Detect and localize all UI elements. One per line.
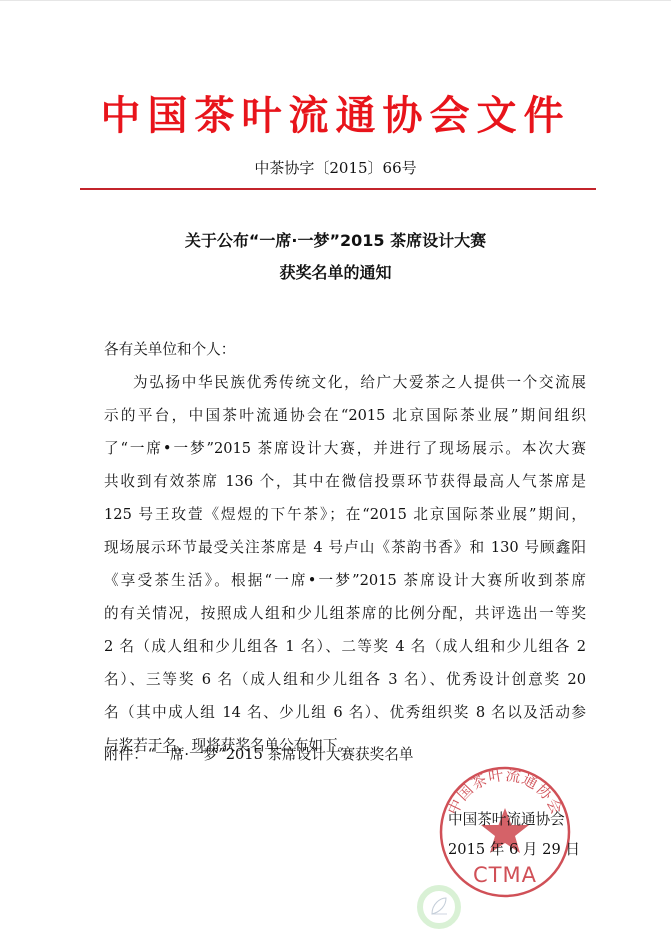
body-paragraph-line: 2 名（成人组和少儿组各 1 名）、二等奖 4 名（成人组和少儿组各 2 (104, 630, 586, 663)
document-number: 中茶协字〔2015〕66号 (0, 158, 671, 178)
body-paragraph-line: 名）、三等奖 6 名（成人组和少儿组各 3 名）、优秀设计创意奖 20 (104, 663, 586, 696)
body-paragraph-line: 共收到有效茶席 136 个，其中在微信投票环节获得最高人气茶席是 (104, 465, 586, 498)
attachment-note: 附件：“一席·一梦”2015 茶席设计大赛获奖名单 (104, 744, 413, 766)
body-paragraph-line: 125 号王玫萱《煜煜的下午茶》；在“2015 北京国际茶业展”期间， (104, 498, 586, 531)
signature-organization: 中国茶叶流通协会 (448, 809, 565, 831)
subject-title-line-2: 获奖名单的通知 (0, 262, 671, 284)
document-body: 各有关单位和个人： 为弘扬中华民族优秀传统文化，给广大爱茶之人提供一个交流展 示… (104, 333, 586, 762)
body-paragraph-line: 的有关情况，按照成人组和少儿组茶席的比例分配，共评选出一等奖 (104, 597, 586, 630)
signature-date: 2015 年 6 月 29 日 (448, 839, 580, 861)
official-seal-icon: 中国茶叶流通协会 CTMA (437, 764, 573, 900)
document-header-title: 中国茶叶流通协会文件 (0, 92, 671, 140)
subject-title-line-1: 关于公布“一席·一梦”2015 茶席设计大赛 (0, 230, 671, 252)
body-paragraph-line: 示的平台，中国茶叶流通协会在“2015 北京国际茶业展”期间组织 (104, 399, 586, 432)
page-top-border (0, 0, 671, 1)
header-divider (80, 188, 596, 190)
body-paragraph-line: 《享受茶生活》。根据“一席•一梦”2015 茶席设计大赛所收到茶席 (104, 564, 586, 597)
body-paragraph-line: 为弘扬中华民族优秀传统文化，给广大爱茶之人提供一个交流展 (104, 366, 586, 399)
salutation: 各有关单位和个人： (104, 333, 586, 366)
body-paragraph-line: 名（其中成人组 14 名、少儿组 6 名）、优秀组织奖 8 名以及活动参 (104, 696, 586, 729)
svg-text:CTMA: CTMA (473, 863, 537, 887)
body-paragraph-line: 现场展示环节最受关注茶席是 4 号卢山《茶韵书香》和 130 号顾鑫阳 (104, 531, 586, 564)
body-paragraph-line: 了“一席•一梦”2015 茶席设计大赛，并进行了现场展示。本次大赛 (104, 432, 586, 465)
